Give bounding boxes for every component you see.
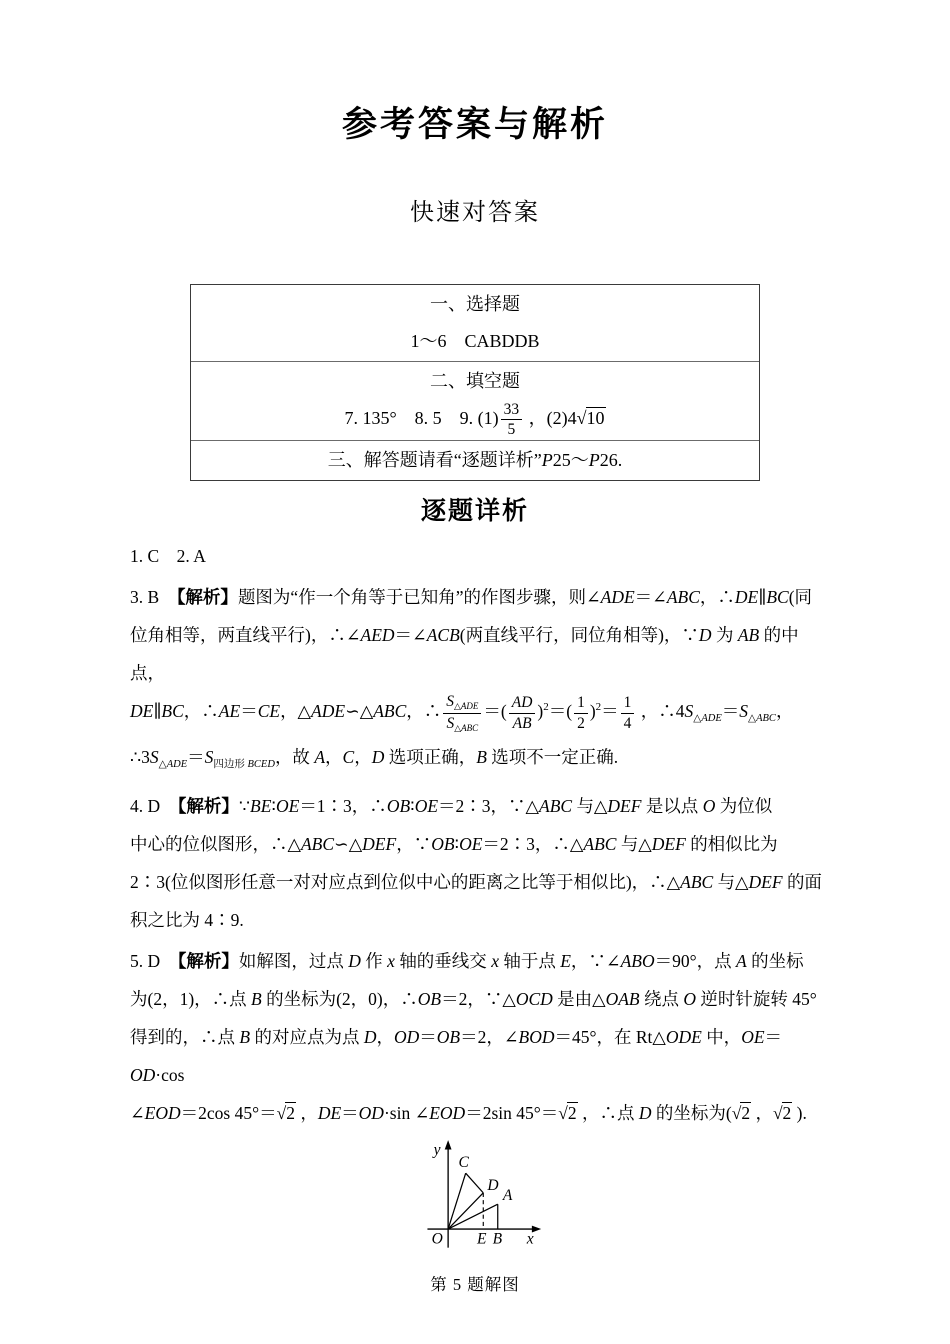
math-variable: ABC (680, 872, 713, 892)
text-run: 的对应点为点 (250, 1027, 364, 1047)
text-run: ∴3 (130, 747, 150, 767)
math-variable: DEF (652, 834, 686, 854)
bold-run: 【解析】 (177, 587, 238, 607)
math-variable: O (683, 989, 696, 1009)
radicand: 2 (567, 1102, 578, 1123)
text-run: 33 (504, 401, 520, 418)
fraction-numerator: 1 (574, 694, 588, 714)
text-run: 得到的，∴点 (130, 1027, 239, 1047)
text-run: ， (776, 701, 794, 721)
math-variable: B (239, 1027, 250, 1047)
text-run: 四边形 (213, 759, 247, 770)
math-variable: EOD (429, 1103, 465, 1123)
text-run: ，∴4 (636, 701, 684, 721)
math-variable: ABC (667, 587, 700, 607)
text-line: 位角相等，两直线平行)，∴∠AED＝∠ACB(两直线平行，同位角相等)，∵D 为… (130, 616, 822, 692)
radicand: 2 (740, 1102, 751, 1123)
math-variable: S (685, 701, 694, 721)
text-run: ＝∠ (395, 625, 427, 645)
math-variable: AED (361, 625, 395, 645)
text-run: ， (354, 747, 372, 767)
text-run: ，(2)4 (524, 408, 577, 428)
text-run: ，△ (280, 701, 311, 721)
math-variable: OD (130, 1065, 155, 1085)
text-run: ＝2∶3，∴△ (482, 834, 583, 854)
text-run: ，∵∠ (571, 951, 621, 971)
table-row: 一、选择题1～6 CABDDB (191, 285, 759, 361)
fraction-numerator: S△ADE (443, 693, 481, 713)
radicand: 2 (782, 1102, 793, 1123)
math-variable: OB (418, 989, 441, 1009)
math-variable: OCD (516, 989, 553, 1009)
text-run: ＝2∶3，∵△ (438, 796, 539, 816)
text-run: 三、解答题请看“逐题详析” (328, 450, 542, 470)
quick-answer-table: 一、选择题1～6 CABDDB二、填空题7. 135° 8. 5 9. (1)3… (190, 284, 760, 481)
fraction-numerator: 33 (501, 401, 523, 421)
figure-problem5: y x O C D A E B (0, 1136, 950, 1263)
math-variable: E (560, 951, 571, 971)
math-variable: OD (359, 1103, 384, 1123)
text-run: ＝ (722, 701, 740, 721)
bold-run: 【解析】 (178, 951, 239, 971)
text-run: 为 (712, 625, 738, 645)
square-root: √10 (577, 408, 606, 428)
math-variable: AB (738, 625, 759, 645)
fraction: ADAB (509, 694, 536, 733)
text-run: 与△ (572, 796, 607, 816)
math-variable: DE (318, 1103, 341, 1123)
text-run: 与△ (713, 872, 748, 892)
math-variable: OAB (606, 989, 640, 1009)
math-variable: S (150, 747, 159, 767)
math-variable: OB (431, 834, 454, 854)
math-variable: ABC (539, 796, 572, 816)
math-variable: P (589, 450, 600, 470)
math-variable: OB (387, 796, 410, 816)
fraction: S△ADES△ABC (443, 693, 481, 733)
text-run: 的相似比为 (686, 834, 778, 854)
text-run: 选项不一定正确. (487, 747, 618, 767)
text-run: ＝ (419, 1027, 437, 1047)
math-variable: EOD (145, 1103, 181, 1123)
solution-paragraph: 1. C 2. A (130, 537, 822, 575)
text-run: 2 (577, 715, 585, 732)
text-run: 题图为“作一个角等于已知角”的作图步骤，则∠ (238, 587, 601, 607)
fraction: 335 (501, 401, 523, 440)
text-run: ·cos (155, 1065, 184, 1085)
text-run: ＝2cos 45°＝ (181, 1103, 277, 1123)
math-variable: x (491, 951, 499, 971)
text-run: 选项正确， (384, 747, 476, 767)
text-run: ， (325, 747, 343, 767)
text-run: ∽△ (345, 701, 373, 721)
text-run: 与△ (616, 834, 651, 854)
text-run: 积之比为 4∶9. (130, 910, 244, 930)
math-variable: D (348, 951, 361, 971)
solutions: 1. C 2. A3. B 【解析】题图为“作一个角等于已知角”的作图步骤，则∠… (130, 537, 822, 1132)
coordinate-diagram: y x O C D A E B (404, 1136, 546, 1258)
math-variable: BC (766, 587, 788, 607)
math-variable: ABO (621, 951, 655, 971)
text-run: ， (296, 1103, 318, 1123)
fraction-denominator: S△ABC (443, 714, 481, 733)
math-variable: A (314, 747, 325, 767)
answer-page: 参考答案与解析 快速对答案 一、选择题1～6 CABDDB二、填空题7. 135… (0, 0, 950, 1344)
math-variable: D (364, 1027, 377, 1047)
math-variable: BOD (519, 1027, 555, 1047)
text-run: 2∶3(位似图形任意一对对应点到位似中心的距离之比等于相似比)，∴△ (130, 872, 680, 892)
square-root: √2 (732, 1103, 751, 1123)
text-line: DE∥BC，∴AE＝CE，△ADE∽△ABC，∴S△ADES△ABC＝(ADAB… (130, 692, 822, 738)
label-y-axis: y (432, 1142, 441, 1159)
section-heading: 逐题详析 (0, 495, 950, 527)
fraction: 14 (621, 694, 635, 733)
math-variable: ADE (601, 587, 635, 607)
text-run: ＝ (240, 701, 258, 721)
text-run: 位角相等，两直线平行)，∴∠ (130, 625, 361, 645)
text-run: 中心的位似图形，∴△ (130, 834, 301, 854)
label-x-axis: x (526, 1231, 534, 1248)
radicand: 2 (285, 1102, 296, 1123)
text-run: ＝90°，点 (655, 951, 736, 971)
text-run: ， (751, 1103, 773, 1123)
text-run: (同 (789, 587, 812, 607)
answer-line: 7. 135° 8. 5 9. (1)335 ，(2)4√10 (191, 400, 759, 439)
text-run: ∽△ (334, 834, 362, 854)
math-variable: x (387, 951, 395, 971)
math-variable: DE (130, 701, 153, 721)
text-run: ＝ (341, 1103, 359, 1123)
text-run: ，∴ (406, 701, 441, 721)
math-variable: AB (513, 715, 532, 732)
subscript: △ABC (454, 723, 478, 733)
quick-answer-heading: 快速对答案 (0, 198, 950, 228)
text-run: ). (792, 1103, 807, 1123)
fraction-numerator: 1 (621, 694, 635, 714)
table-row: 二、填空题7. 135° 8. 5 9. (1)335 ，(2)4√10 (191, 361, 759, 440)
fraction-denominator: 5 (501, 420, 523, 439)
math-variable: ACB (427, 625, 460, 645)
math-variable: DEF (362, 834, 396, 854)
text-run: 为(2，1)，∴点 (130, 989, 251, 1009)
text-run: 7. 135° 8. 5 9. (1) (344, 408, 498, 428)
text-run: ＝( (483, 701, 506, 721)
subscript: △ADE (159, 759, 188, 770)
math-variable: B (476, 747, 487, 767)
label-point-d: D (486, 1177, 498, 1194)
math-variable: ABC (301, 834, 334, 854)
answer-line: 1～6 CABDDB (191, 323, 759, 360)
math-variable: S (739, 701, 748, 721)
math-variable: D (639, 1103, 652, 1123)
text-run: ，∴ (184, 701, 219, 721)
math-variable: B (251, 989, 262, 1009)
math-variable: BCED (248, 759, 275, 770)
math-variable: BE (250, 796, 271, 816)
bold-run: 【解析】 (178, 796, 239, 816)
label-point-a: A (502, 1187, 513, 1204)
text-run: ＝2，∵△ (441, 989, 516, 1009)
text-run: 5. D (130, 951, 178, 971)
text-line: ∴3S△ADE＝S四边形 BCED，故 A，C，D 选项正确，B 选项不一定正确… (130, 738, 822, 784)
text-run: 5 (508, 421, 516, 438)
text-run: 二、填空题 (430, 371, 520, 391)
subscript: 四边形 BCED (213, 759, 275, 770)
segment-cd (466, 1173, 484, 1193)
text-run: 4. D (130, 796, 178, 816)
text-run: 的坐标 (747, 951, 804, 971)
solution-paragraph: 5. D 【解析】如解图，过点 D 作 x 轴的垂线交 x 轴于点 E，∵∠AB… (130, 942, 822, 1132)
text-line: 为(2，1)，∴点 B 的坐标为(2，0)，∴OB＝2，∵△OCD 是由△OAB… (130, 980, 822, 1018)
text-run: ＝2sin 45°＝ (465, 1103, 558, 1123)
text-run: 1～6 CABDDB (410, 331, 539, 351)
math-variable: OE (415, 796, 438, 816)
solution-paragraph: 3. B 【解析】题图为“作一个角等于已知角”的作图步骤，则∠ADE＝∠ABC，… (130, 578, 822, 784)
text-run: ∵ (239, 796, 250, 816)
text-run: 25～ (553, 450, 589, 470)
text-run: 1. C 2. A (130, 546, 206, 566)
text-run: 轴于点 (499, 951, 560, 971)
figure-caption: 第 5 题解图 (0, 1271, 950, 1295)
text-run: ·sin ∠ (384, 1103, 429, 1123)
math-variable: D (699, 625, 712, 645)
segment-oa (448, 1204, 498, 1229)
math-variable: A (736, 951, 747, 971)
math-variable: OE (276, 796, 299, 816)
text-run: ＝45°，在 Rt△ (554, 1027, 665, 1047)
math-variable: OE (459, 834, 482, 854)
text-run: ＝1∶3，∴ (299, 796, 387, 816)
text-run: ， (376, 1027, 394, 1047)
text-line: 中心的位似图形，∴△ABC∽△DEF，∵OB∶OE＝2∶3，∴△ABC 与△DE… (130, 825, 822, 863)
math-variable: S (446, 693, 454, 710)
y-axis-arrow-icon (445, 1140, 452, 1149)
fraction: 12 (574, 694, 588, 733)
text-run: 是以点 (641, 796, 702, 816)
table-row: 三、解答题请看“逐题详析”P25～P26. (191, 440, 759, 480)
math-variable: C (343, 747, 355, 767)
math-variable: DEF (607, 796, 641, 816)
text-run: 一、选择题 (430, 294, 520, 314)
radicand: 10 (586, 407, 606, 428)
text-line: 4. D 【解析】∵BE∶OE＝1∶3，∴OB∶OE＝2∶3，∵△ABC 与△D… (130, 787, 822, 825)
answer-line: 二、填空题 (191, 363, 759, 400)
text-run: ＝ (765, 1027, 783, 1047)
text-run: 逆时针旋转 45° (696, 989, 817, 1009)
text-run: ＝ (187, 747, 205, 767)
text-line: 积之比为 4∶9. (130, 901, 822, 939)
square-root: √2 (277, 1103, 296, 1123)
text-run: 26. (600, 450, 623, 470)
text-run: 4 (624, 715, 632, 732)
text-run: ＝∠ (635, 587, 667, 607)
math-variable: CE (258, 701, 280, 721)
math-variable: OE (741, 1027, 764, 1047)
math-variable: O (703, 796, 716, 816)
text-run: ＝2，∠ (460, 1027, 518, 1047)
text-run: 作 (361, 951, 387, 971)
text-run: 为位似 (715, 796, 772, 816)
text-line: 1. C 2. A (130, 537, 822, 575)
answer-line: 一、选择题 (191, 286, 759, 323)
square-root: √2 (558, 1103, 577, 1123)
math-variable: ABC (373, 701, 406, 721)
fraction-numerator: AD (509, 694, 536, 714)
math-variable: ODE (666, 1027, 702, 1047)
math-variable: OD (394, 1027, 419, 1047)
square-root: √2 (773, 1103, 792, 1123)
text-run: 1 (577, 694, 585, 711)
fraction-denominator: 2 (574, 714, 588, 733)
label-origin: O (432, 1231, 443, 1248)
math-variable: OB (437, 1027, 460, 1047)
math-variable: DEF (749, 872, 783, 892)
math-variable: DE (735, 587, 758, 607)
subscript: △ADE (454, 701, 478, 711)
fraction-denominator: 4 (621, 714, 635, 733)
text-line: ∠EOD＝2cos 45°＝√2 ，DE＝OD·sin ∠EOD＝2sin 45… (130, 1094, 822, 1132)
text-run: ∠ (130, 1103, 145, 1123)
math-variable: ABC (583, 834, 616, 854)
text-run: 如解图，过点 (239, 951, 348, 971)
text-run: 绕点 (640, 989, 684, 1009)
text-run: 中， (702, 1027, 741, 1047)
page-title: 参考答案与解析 (0, 0, 950, 146)
math-variable: D (372, 747, 385, 767)
text-run: ＝( (549, 701, 572, 721)
subscript: △ADE (693, 713, 722, 724)
math-variable: P (542, 450, 553, 470)
text-run: ＝ (601, 701, 619, 721)
text-line: 2∶3(位似图形任意一对对应点到位似中心的距离之比等于相似比)，∴△ABC 与△… (130, 863, 822, 901)
solution-paragraph: 4. D 【解析】∵BE∶OE＝1∶3，∴OB∶OE＝2∶3，∵△ABC 与△D… (130, 787, 822, 939)
math-variable: BC (161, 701, 183, 721)
label-point-e: E (476, 1231, 487, 1248)
text-run: ，∴ (700, 587, 735, 607)
text-line: 3. B 【解析】题图为“作一个角等于已知角”的作图步骤，则∠ADE＝∠ABC，… (130, 578, 822, 616)
label-point-b: B (493, 1231, 503, 1248)
text-run: 轴的垂线交 (395, 951, 491, 971)
label-point-c: C (458, 1154, 469, 1171)
subscript: △ABC (748, 713, 776, 724)
math-variable: ADE (311, 701, 345, 721)
fraction-denominator: AB (509, 714, 536, 733)
text-run: 的坐标为( (652, 1103, 732, 1123)
math-variable: AD (512, 694, 533, 711)
text-run: 的面 (783, 872, 822, 892)
text-run: 是由△ (553, 989, 606, 1009)
text-run: ，∵ (396, 834, 431, 854)
text-run: (两直线平行，同位角相等)，∵ (460, 625, 699, 645)
math-variable: AE (219, 701, 240, 721)
text-run: 的坐标为(2，0)，∴ (262, 989, 418, 1009)
answer-line: 三、解答题请看“逐题详析”P25～P26. (191, 442, 759, 479)
text-run: ，故 (275, 747, 314, 767)
text-run: ，∴点 (578, 1103, 639, 1123)
text-run: 3. B (130, 587, 177, 607)
text-line: 5. D 【解析】如解图，过点 D 作 x 轴的垂线交 x 轴于点 E，∵∠AB… (130, 942, 822, 980)
text-line: 得到的，∴点 B 的对应点为点 D，OD＝OB＝2，∠BOD＝45°，在 Rt△… (130, 1018, 822, 1094)
text-run: 1 (624, 694, 632, 711)
